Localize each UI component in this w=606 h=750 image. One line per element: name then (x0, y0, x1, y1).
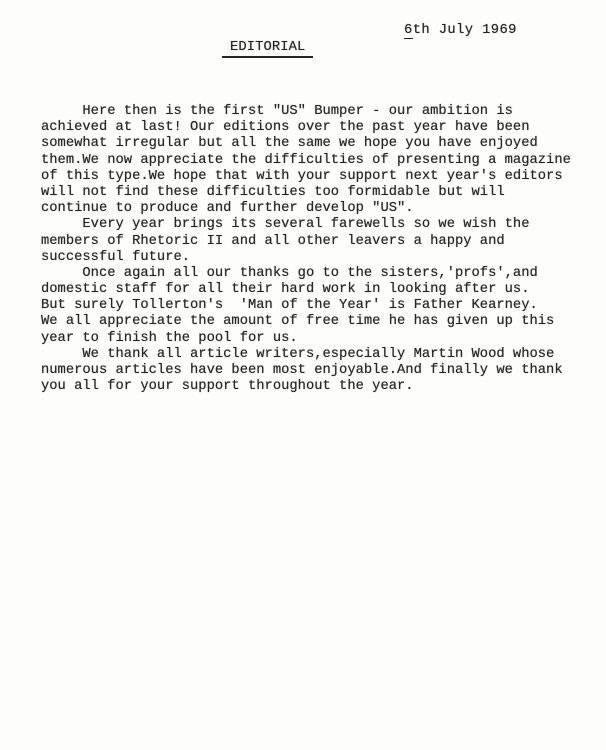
text-line: achieved at last! Our editions over the … (41, 120, 581, 136)
date-day: 6 (404, 23, 413, 39)
text-line: domestic staff for all their hard work i… (41, 282, 581, 298)
text-line: But surely Tollerton's 'Man of the Year'… (41, 298, 581, 314)
text-line: We thank all article writers,especially … (41, 347, 581, 363)
date-rest: th July 1969 (413, 23, 517, 38)
text-line: We all appreciate the amount of free tim… (41, 314, 581, 330)
text-line: Every year brings its several farewells … (41, 217, 581, 233)
document-page: 6th July 1969 EDITORIAL Here then is the… (0, 0, 606, 750)
date-line: 6th July 1969 (404, 23, 517, 39)
document-body: Here then is the first "US" Bumper - our… (41, 104, 581, 395)
text-line: of this type.We hope that with your supp… (41, 169, 581, 185)
text-line: Once again all our thanks go to the sist… (41, 266, 581, 282)
text-line: will not find these difficulties too for… (41, 185, 581, 201)
text-line: members of Rhetoric II and all other lea… (41, 234, 581, 250)
page-title: EDITORIAL (222, 40, 313, 58)
text-line: Here then is the first "US" Bumper - our… (41, 104, 581, 120)
text-line: them.We now appreciate the difficulties … (41, 153, 581, 169)
text-line: you all for your support throughout the … (41, 379, 581, 395)
text-line: somewhat irregular but all the same we h… (41, 136, 581, 152)
text-line: successful future. (41, 250, 581, 266)
text-line: numerous articles have been most enjoyab… (41, 363, 581, 379)
text-line: year to finish the pool for us. (41, 331, 581, 347)
text-line: continue to produce and further develop … (41, 201, 581, 217)
